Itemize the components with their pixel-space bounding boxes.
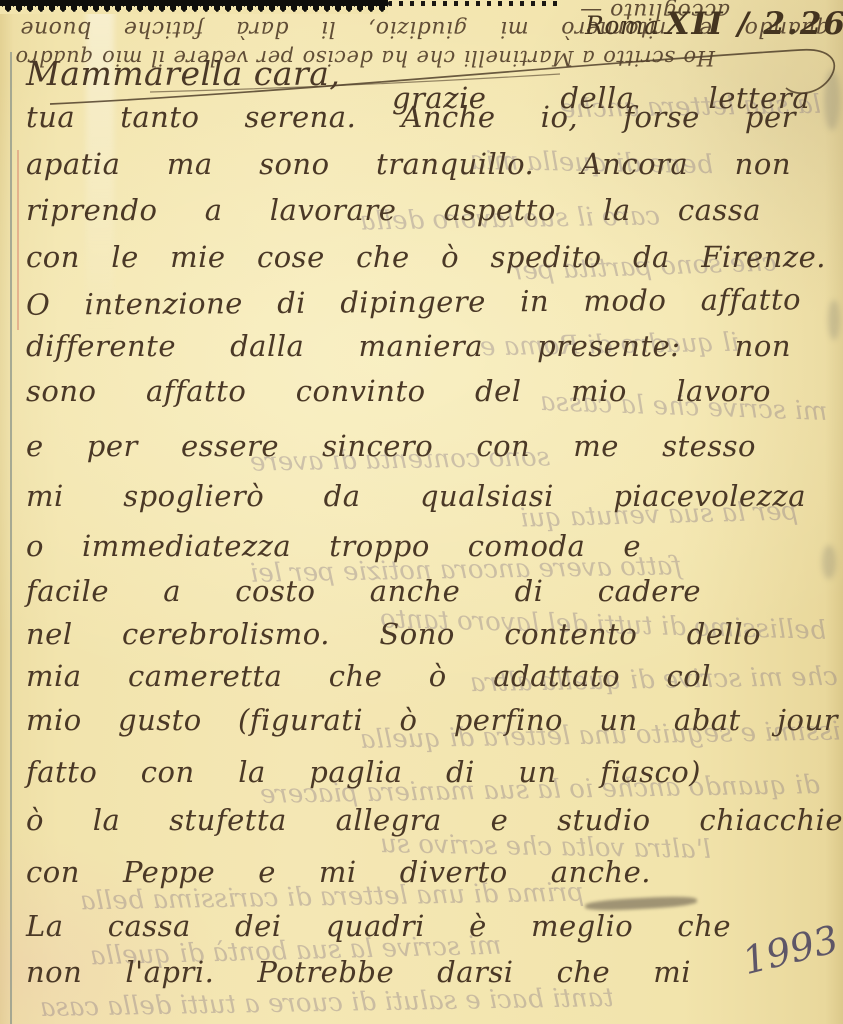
letter-line: apatia ma sono tranquillo. Ancora non	[26, 150, 791, 179]
archive-number: 1993	[738, 917, 842, 983]
letter-line: non l'apri. Potrebbe darsi che mi	[26, 958, 691, 987]
edge-smudge	[824, 70, 840, 130]
salutation: Mammarella cara,	[26, 54, 340, 93]
letter-line: mio gusto (figurati ò perfino un abat jo…	[26, 706, 838, 735]
letter-line: con le mie cose che ò spedito da Firenze…	[26, 243, 826, 272]
letter-line: La cassa dei quadri è meglio che	[26, 912, 731, 941]
letter-line: riprendo a lavorare aspetto la cassa	[26, 196, 761, 225]
date-value: XII / 2.26	[666, 6, 843, 42]
letter-line: mi spoglierò da qualsiasi piacevolezza	[26, 482, 806, 511]
letter-line: differente dalla maniera presente: non	[26, 332, 791, 361]
letter-line: con Peppe e mi diverto anche.	[26, 858, 651, 887]
letter-line: facile a costo anche di cadere	[26, 577, 701, 606]
letter-line: O intenzione di dipingere in modo affatt…	[26, 285, 801, 319]
letter-line: fatto con la paglia di un fiasco)	[26, 758, 701, 787]
letter-line: sono affatto convinto del mio lavoro	[26, 377, 771, 406]
perforated-edge	[0, 0, 388, 13]
letter-line: o immediatezza troppo comoda e	[26, 532, 641, 561]
letter-line: tua tanto serena. Anche io, forse per	[26, 103, 796, 132]
date-place: Roma	[585, 11, 660, 40]
left-margin-pink-mark	[17, 150, 19, 330]
date-line: RomaXII / 2.26	[585, 6, 843, 42]
letter-line: ò la stufetta allegra e studio chiacchie	[26, 806, 843, 835]
letter-line: mia cameretta che ò adattato col	[26, 662, 711, 691]
letter-line: e per essere sincero con me stesso	[26, 432, 756, 461]
letter-line: nel cerebrolismo. Sono contento dello	[26, 620, 761, 649]
letter-page: la sua lettera anche bene di quella mia …	[0, 0, 843, 1024]
edge-smudge	[822, 545, 836, 579]
edge-smudge	[828, 300, 840, 340]
left-margin-rule	[10, 52, 12, 1024]
